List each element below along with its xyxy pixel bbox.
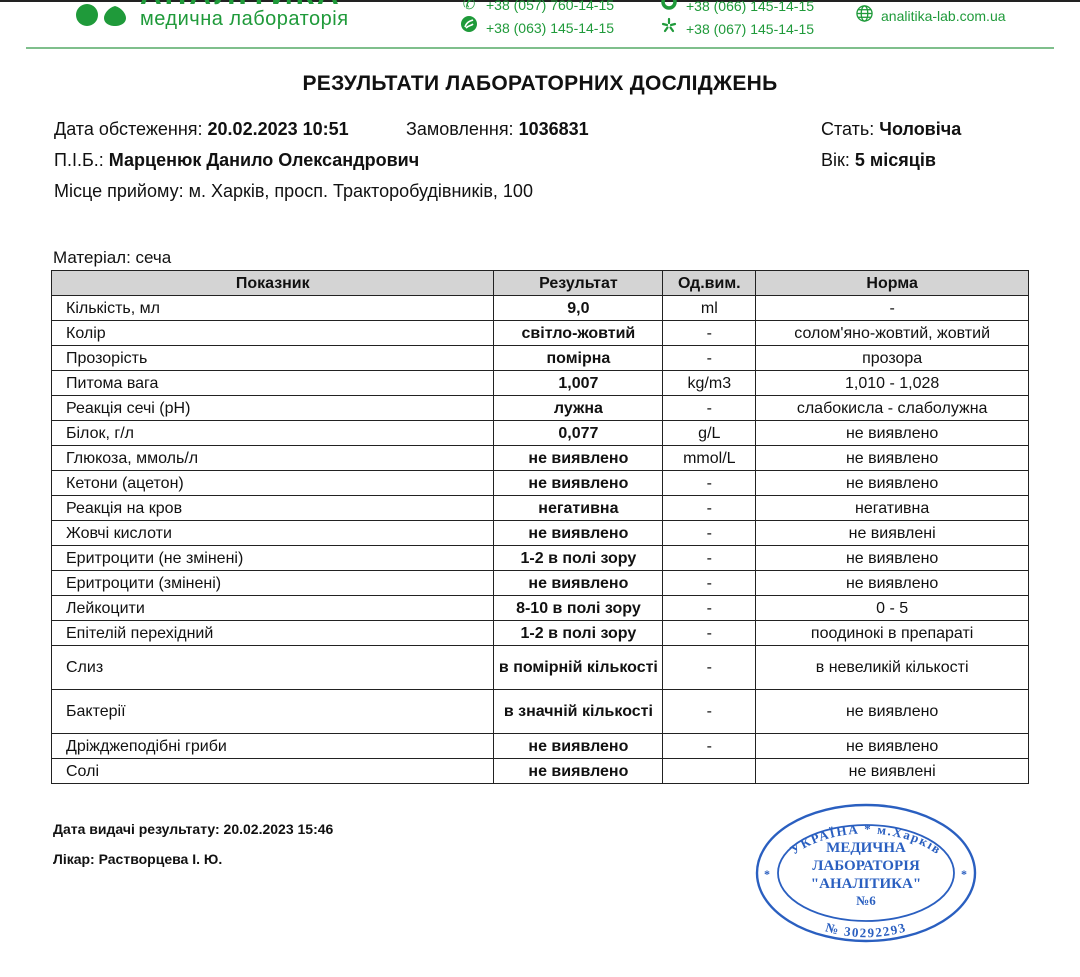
norm-cell: солом'яно-жовтий, жовтий <box>756 321 1029 346</box>
unit-cell: ml <box>663 296 756 321</box>
phone-row: +38 (067) 145-14-15 <box>660 17 814 40</box>
kyivstar-icon <box>660 17 678 40</box>
unit-cell: - <box>663 734 756 759</box>
material-label: Матеріал: сеча <box>53 248 171 268</box>
patient-name: П.І.Б.: Марценюк Данило Олександрович <box>54 150 419 171</box>
norm-cell: не виявлено <box>756 546 1029 571</box>
norm-cell: - <box>756 296 1029 321</box>
indicator-cell: Дріжджеподібні гриби <box>52 734 494 759</box>
unit-cell: kg/m3 <box>663 371 756 396</box>
phone-number[interactable]: +38 (057) 760-14-15 <box>486 0 614 16</box>
table-row: Соліне виявленоне виявлені <box>52 759 1029 784</box>
indicator-cell: Реакція на кров <box>52 496 494 521</box>
table-header-row: Показник Результат Од.вим. Норма <box>52 271 1029 296</box>
results-table: Показник Результат Од.вим. Норма Кількіс… <box>51 270 1029 784</box>
phone-number[interactable]: +38 (063) 145-14-15 <box>486 17 614 39</box>
stamp-line-2: ЛАБОРАТОРІЯ <box>812 858 920 874</box>
table-row: Дріжджеподібні грибине виявлено-не виявл… <box>52 734 1029 759</box>
globe-icon <box>856 5 873 27</box>
reception-place-value: м. Харків, просп. Тракторобудівників, 10… <box>189 181 533 201</box>
result-cell: не виявлено <box>494 571 663 596</box>
indicator-cell: Солі <box>52 759 494 784</box>
sex-label: Стать: <box>821 119 874 139</box>
norm-cell: не виявлені <box>756 521 1029 546</box>
phone-row: ✆ +38 (057) 760-14-15 <box>460 0 614 16</box>
order-number: Замовлення: 1036831 <box>406 119 589 140</box>
table-row: Бактеріїв значній кількості-не виявлено <box>52 690 1029 734</box>
indicator-cell: Питома вага <box>52 371 494 396</box>
stamp-outer-bottom: № 30292293 <box>824 919 908 940</box>
result-cell: в значній кількості <box>494 690 663 734</box>
age-value: 5 місяців <box>855 150 936 170</box>
phone-row: +38 (063) 145-14-15 <box>460 16 614 39</box>
table-row: Питома вага1,007kg/m31,010 - 1,028 <box>52 371 1029 396</box>
column-header-unit: Од.вим. <box>663 271 756 296</box>
reception-place-label: Місце прийому: <box>54 181 184 201</box>
age-label: Вік: <box>821 150 850 170</box>
column-header-result: Результат <box>494 271 663 296</box>
exam-date-value: 20.02.2023 10:51 <box>208 119 349 139</box>
issue-date: Дата видачі результату: 20.02.2023 15:46 <box>53 821 333 837</box>
indicator-cell: Слиз <box>52 646 494 690</box>
indicator-cell: Кетони (ацетон) <box>52 471 494 496</box>
result-cell: 8-10 в полі зору <box>494 596 663 621</box>
unit-cell: - <box>663 396 756 421</box>
unit-cell: - <box>663 646 756 690</box>
norm-cell: 0 - 5 <box>756 596 1029 621</box>
unit-cell: - <box>663 596 756 621</box>
table-row: Еритроцити (не змінені)1-2 в полі зору-н… <box>52 546 1029 571</box>
unit-cell: - <box>663 621 756 646</box>
logo-dot-icon <box>76 4 98 26</box>
order-value: 1036831 <box>519 119 589 139</box>
result-cell: не виявлено <box>494 759 663 784</box>
table-row: Реакція сечі (pH)лужна-слабокисла - слаб… <box>52 396 1029 421</box>
indicator-cell: Прозорість <box>52 346 494 371</box>
column-header-indicator: Показник <box>52 271 494 296</box>
unit-cell: mmol/L <box>663 446 756 471</box>
phone-list-1: ✆ +38 (057) 760-14-15 +38 (063) 145-14-1… <box>460 0 614 39</box>
unit-cell: - <box>663 496 756 521</box>
phone-row: +38 (066) 145-14-15 <box>660 0 814 17</box>
indicator-cell: Колір <box>52 321 494 346</box>
result-cell: не виявлено <box>494 521 663 546</box>
document-title: РЕЗУЛЬТАТИ ЛАБОРАТОРНИХ ДОСЛІДЖЕНЬ <box>0 72 1080 96</box>
doctor-name: Лікар: Растворцева І. Ю. <box>53 851 222 867</box>
norm-cell: прозора <box>756 346 1029 371</box>
unit-cell: - <box>663 321 756 346</box>
vodafone-icon <box>660 0 678 17</box>
norm-cell: не виявлено <box>756 690 1029 734</box>
unit-cell: - <box>663 346 756 371</box>
logo-drop-icon <box>104 0 126 26</box>
indicator-cell: Еритроцити (не змінені) <box>52 546 494 571</box>
exam-date-label: Дата обстеження: <box>54 119 203 139</box>
order-label: Замовлення: <box>406 119 514 139</box>
unit-cell: g/L <box>663 421 756 446</box>
patient-sex: Стать: Чоловіча <box>821 119 961 140</box>
table-row: Кількість, мл9,0ml- <box>52 296 1029 321</box>
table-row: Лейкоцити8-10 в полі зору-0 - 5 <box>52 596 1029 621</box>
norm-cell: 1,010 - 1,028 <box>756 371 1029 396</box>
lab-stamp: УКРАЇНА * м.Харків № 30292293 МЕДИЧНА ЛА… <box>754 802 978 944</box>
indicator-cell: Епітелій перехідний <box>52 621 494 646</box>
patient-name-value: Марценюк Данило Олександрович <box>109 150 419 170</box>
unit-cell: - <box>663 690 756 734</box>
stamp-star-right: * <box>961 867 967 881</box>
norm-cell: негативна <box>756 496 1029 521</box>
result-cell: помірна <box>494 346 663 371</box>
result-cell: 9,0 <box>494 296 663 321</box>
sex-value: Чоловіча <box>879 119 961 139</box>
result-cell: світло-жовтий <box>494 321 663 346</box>
reception-place: Місце прийому: м. Харків, просп. Трактор… <box>54 181 533 202</box>
table-row: Слизв помірній кількості-в невеликій кіл… <box>52 646 1029 690</box>
phone-icon: ✆ <box>460 0 478 16</box>
table-row: Реакція на кровнегативна-негативна <box>52 496 1029 521</box>
table-row: Прозорістьпомірна-прозора <box>52 346 1029 371</box>
patient-age: Вік: 5 місяців <box>821 150 936 171</box>
stamp-line-1: МЕДИЧНА <box>826 840 906 856</box>
table-row: Колірсвітло-жовтий-солом'яно-жовтий, жов… <box>52 321 1029 346</box>
brand-subtitle: медична лабораторія <box>140 8 349 31</box>
result-cell: в помірній кількості <box>494 646 663 690</box>
website-url: analitika-lab.com.ua <box>881 8 1006 24</box>
table-row: Білок, г/л0,077g/Lне виявлено <box>52 421 1029 446</box>
svg-text:№ 30292293: № 30292293 <box>824 919 908 940</box>
norm-cell: не виявлено <box>756 446 1029 471</box>
indicator-cell: Реакція сечі (pH) <box>52 396 494 421</box>
stamp-star-left: * <box>764 867 770 881</box>
norm-cell: поодинокі в препараті <box>756 621 1029 646</box>
table-row: Епітелій перехідний1-2 в полі зору-пооди… <box>52 621 1029 646</box>
exam-date: Дата обстеження: 20.02.2023 10:51 <box>54 119 349 140</box>
phone-list-2: +38 (066) 145-14-15 +38 (067) 145-14-15 <box>660 0 814 40</box>
indicator-cell: Еритроцити (змінені) <box>52 571 494 596</box>
result-cell: лужна <box>494 396 663 421</box>
result-cell: не виявлено <box>494 446 663 471</box>
letterhead-divider <box>26 47 1054 49</box>
indicator-cell: Лейкоцити <box>52 596 494 621</box>
phone-number[interactable]: +38 (066) 145-14-15 <box>686 0 814 17</box>
unit-cell: - <box>663 546 756 571</box>
norm-cell: слабокисла - слаболужна <box>756 396 1029 421</box>
norm-cell: не виявлено <box>756 471 1029 496</box>
table-row: Жовчі кислотине виявлено-не виявлені <box>52 521 1029 546</box>
stamp-line-3: "АНАЛІТИКА" <box>811 876 921 892</box>
norm-cell: не виявлені <box>756 759 1029 784</box>
lifecell-icon <box>460 16 478 39</box>
stamp-line-4: №6 <box>856 893 876 908</box>
result-cell: 0,077 <box>494 421 663 446</box>
column-header-norm: Норма <box>756 271 1029 296</box>
unit-cell <box>663 759 756 784</box>
norm-cell: не виявлено <box>756 734 1029 759</box>
indicator-cell: Бактерії <box>52 690 494 734</box>
result-cell: 1-2 в полі зору <box>494 546 663 571</box>
website-link[interactable]: analitika-lab.com.ua <box>856 5 1006 27</box>
norm-cell: не виявлено <box>756 421 1029 446</box>
norm-cell: не виявлено <box>756 571 1029 596</box>
indicator-cell: Білок, г/л <box>52 421 494 446</box>
result-cell: негативна <box>494 496 663 521</box>
norm-cell: в невеликій кількості <box>756 646 1029 690</box>
table-row: Глюкоза, ммоль/лне виявленоmmol/Lне вияв… <box>52 446 1029 471</box>
unit-cell: - <box>663 571 756 596</box>
table-row: Еритроцити (змінені)не виявлено-не виявл… <box>52 571 1029 596</box>
patient-name-label: П.І.Б.: <box>54 150 104 170</box>
indicator-cell: Кількість, мл <box>52 296 494 321</box>
unit-cell: - <box>663 521 756 546</box>
indicator-cell: Жовчі кислоти <box>52 521 494 546</box>
phone-number[interactable]: +38 (067) 145-14-15 <box>686 18 814 40</box>
indicator-cell: Глюкоза, ммоль/л <box>52 446 494 471</box>
result-cell: не виявлено <box>494 471 663 496</box>
result-cell: не виявлено <box>494 734 663 759</box>
result-cell: 1,007 <box>494 371 663 396</box>
table-row: Кетони (ацетон)не виявлено-не виявлено <box>52 471 1029 496</box>
unit-cell: - <box>663 471 756 496</box>
result-cell: 1-2 в полі зору <box>494 621 663 646</box>
